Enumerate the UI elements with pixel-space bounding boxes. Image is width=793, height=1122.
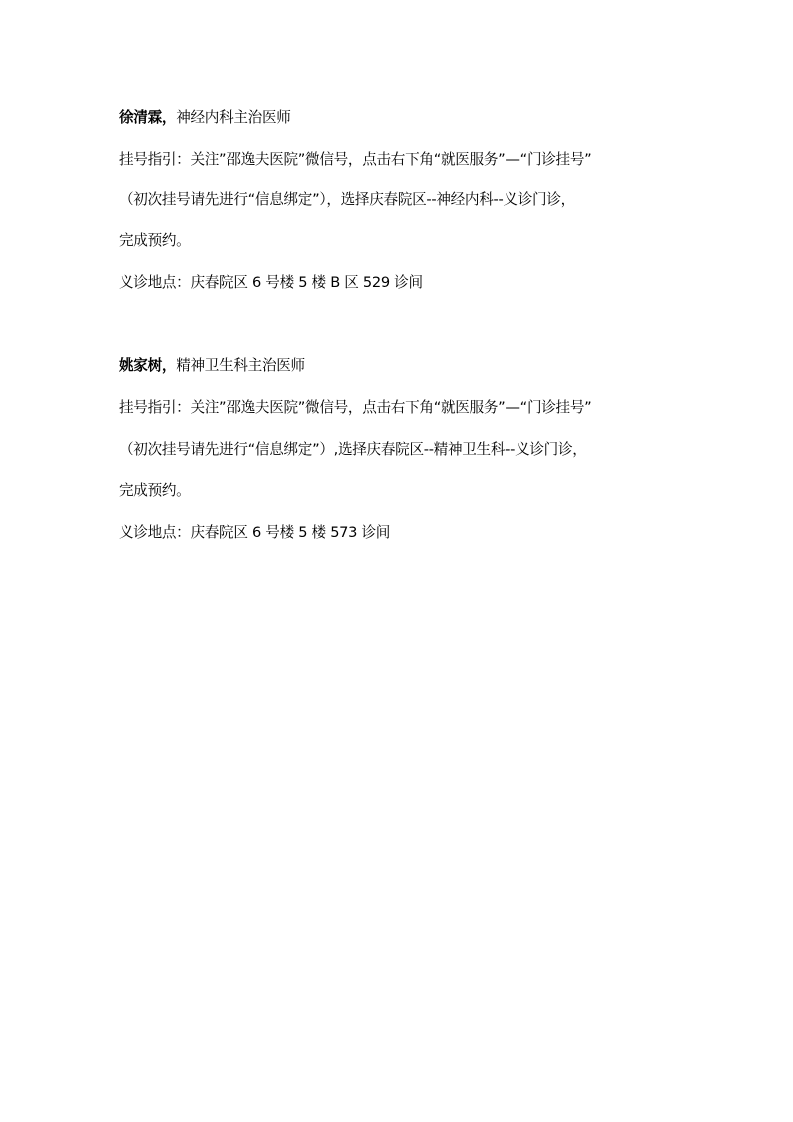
registration-guide-line-3: 完成预约。 <box>119 231 190 251</box>
clinic-location: 义诊地点：庆春院区 6 号楼 5 楼 573 诊间 <box>119 523 390 543</box>
doctor-name: 徐清霖， <box>119 109 176 126</box>
registration-guide-line-2: （初次挂号请先进行“信息绑定”），选择庆春院区--神经内科--义诊门诊， <box>119 190 575 210</box>
registration-guide-line-1: 挂号指引：关注”邵逸夫医院”微信号，点击右下角“就医服务”—“门诊挂号” <box>119 398 591 418</box>
doctor-heading: 姚家树，精神卫生科主治医师 <box>119 356 305 376</box>
doctor-heading: 徐清霖，神经内科主治医师 <box>119 108 291 128</box>
registration-guide-line-2: （初次挂号请先进行“信息绑定”）,选择庆春院区--精神卫生科--义诊门诊， <box>119 440 587 460</box>
clinic-location: 义诊地点：庆春院区 6 号楼 5 楼 B 区 529 诊间 <box>119 273 423 293</box>
doctor-name: 姚家树， <box>119 357 176 374</box>
registration-guide-line-1: 挂号指引：关注”邵逸夫医院”微信号，点击右下角“就医服务”—“门诊挂号” <box>119 150 591 170</box>
doctor-title: 神经内科主治医师 <box>176 109 290 126</box>
registration-guide-line-3: 完成预约。 <box>119 481 190 501</box>
doctor-title: 精神卫生科主治医师 <box>176 357 305 374</box>
